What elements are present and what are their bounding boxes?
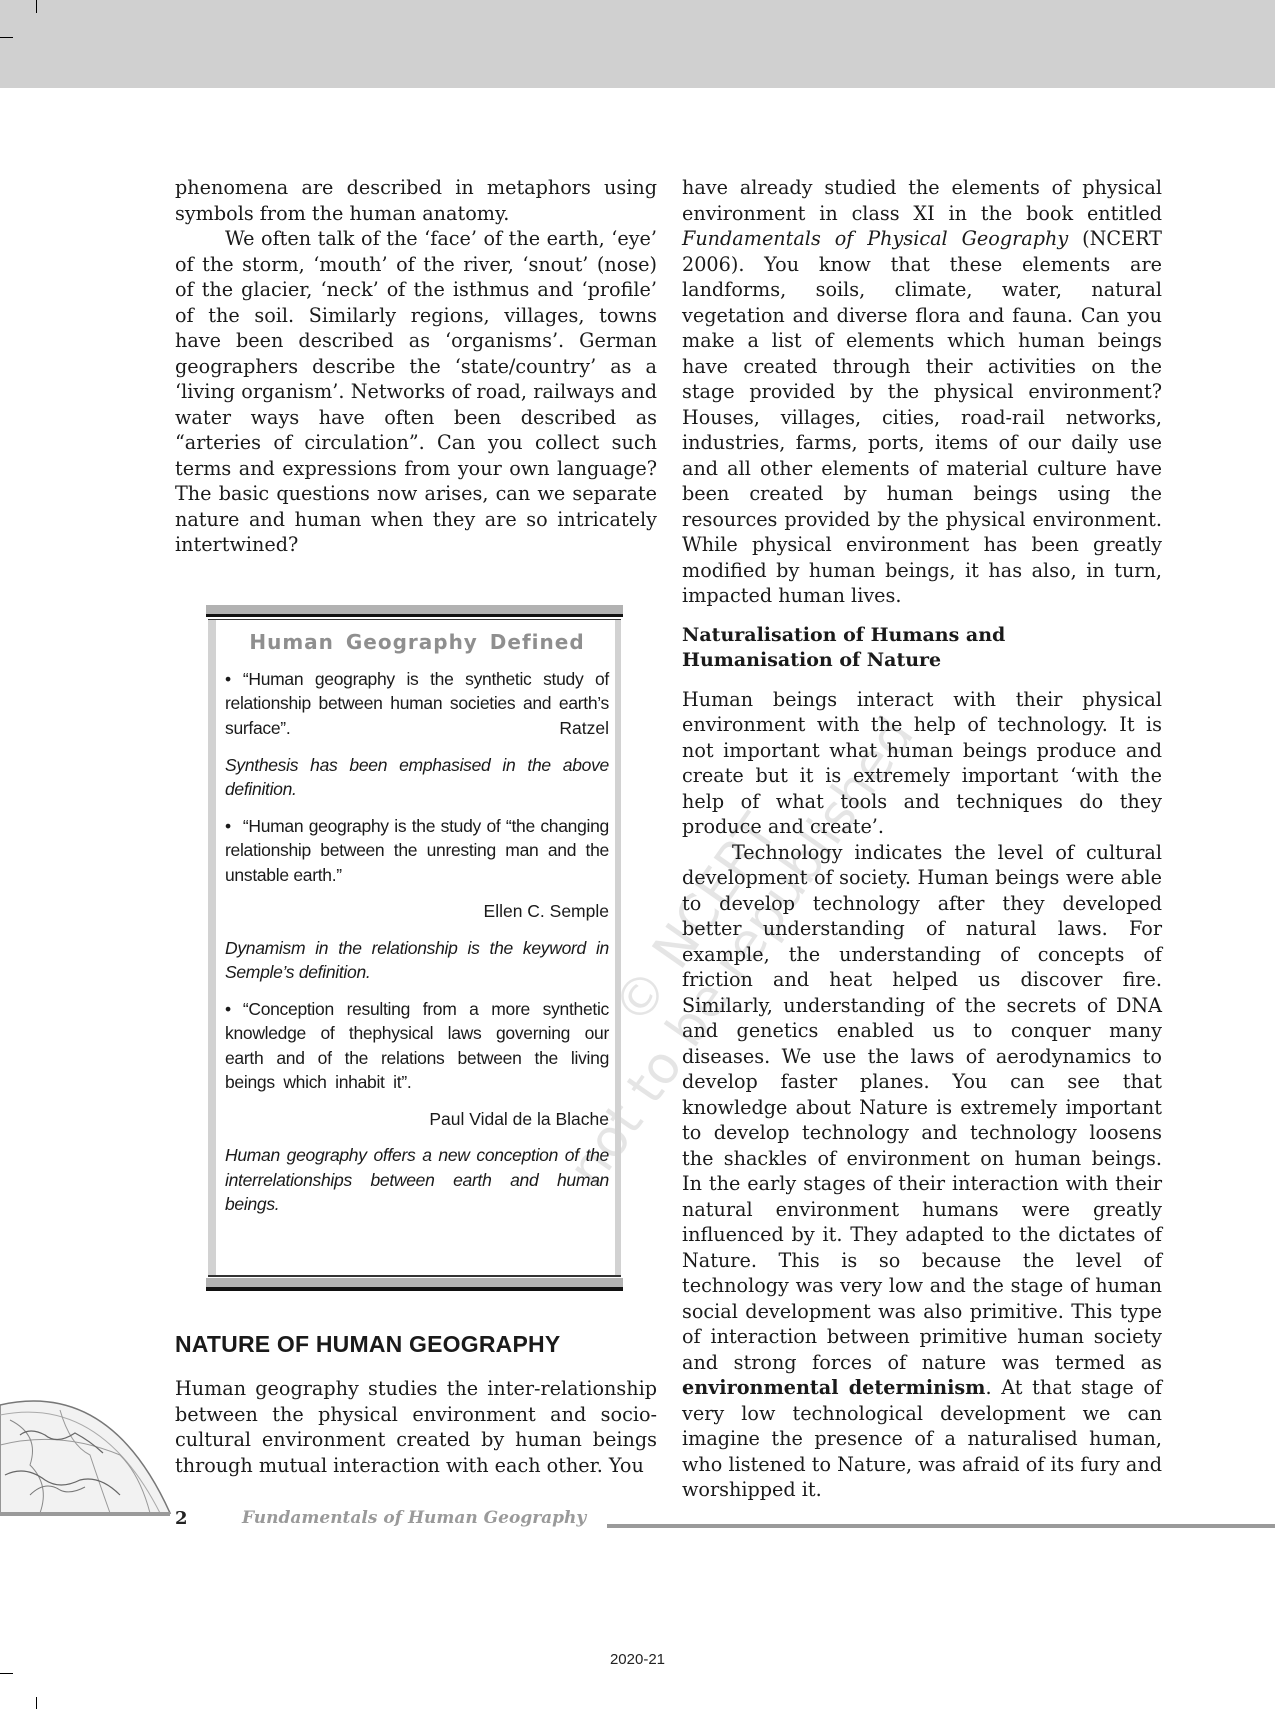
definition-quote-blache: •“Conception resulting from a more synth… bbox=[225, 997, 609, 1095]
left-para-1: phenomena are described in metaphors usi… bbox=[175, 175, 657, 226]
box-top-rule bbox=[206, 614, 623, 617]
crop-mark-bottom-vertical bbox=[36, 1697, 37, 1709]
footer-rule-left bbox=[0, 1512, 170, 1516]
box-top-thin-rule bbox=[208, 619, 621, 620]
right-para-2: Human beings interact with their physica… bbox=[682, 687, 1162, 840]
right-para-3: Technology indicates the level of cultur… bbox=[682, 840, 1162, 1503]
bullet-icon: • bbox=[225, 999, 231, 1019]
book-title: Fundamentals of Physical Geography bbox=[682, 227, 1068, 250]
box-bottom-rule bbox=[208, 1275, 621, 1277]
bullet-icon: • bbox=[225, 816, 231, 836]
box-bottom-band bbox=[206, 1278, 623, 1287]
definition-quote-semple: •“Human geography is the study of “the c… bbox=[225, 814, 609, 888]
box-top-band bbox=[206, 605, 623, 614]
box-right-border bbox=[615, 620, 621, 1275]
running-title: Fundamentals of Human Geography bbox=[242, 1508, 586, 1528]
subheading-naturalisation: Naturalisation of Humans and Humanisatio… bbox=[682, 623, 1162, 673]
page-number: 2 bbox=[175, 1508, 188, 1529]
edition-year: 2020-21 bbox=[0, 1651, 1275, 1668]
definition-author-semple: Ellen C. Semple bbox=[225, 899, 609, 924]
definition-note-ratzel: Synthesis has been emphasised in the abo… bbox=[225, 753, 609, 802]
crop-mark-bottom-horizontal bbox=[0, 1673, 13, 1674]
box-left-border bbox=[208, 620, 216, 1275]
nature-paragraph: Human geography studies the inter-relati… bbox=[175, 1376, 657, 1478]
bullet-icon: • bbox=[225, 669, 231, 689]
right-column: have already studied the elements of phy… bbox=[682, 175, 1162, 1503]
box-content: Human Geography Defined •“Human geograph… bbox=[225, 630, 609, 1229]
definition-author-blache: Paul Vidal de la Blache bbox=[225, 1107, 609, 1132]
definition-note-semple: Dynamism in the relationship is the keyw… bbox=[225, 936, 609, 985]
definition-note-blache: Human geography offers a new conception … bbox=[225, 1143, 609, 1217]
left-para-2: We often talk of the ‘face’ of the earth… bbox=[175, 226, 657, 558]
left-column: phenomena are described in metaphors usi… bbox=[175, 175, 657, 558]
box-bottom-thick-rule bbox=[206, 1287, 623, 1291]
right-para-1: have already studied the elements of phy… bbox=[682, 175, 1162, 609]
globe-illustration-icon bbox=[0, 1385, 175, 1515]
box-title: Human Geography Defined bbox=[225, 630, 609, 655]
term-environmental-determinism: environmental determinism bbox=[682, 1376, 986, 1399]
crop-mark-top-vertical bbox=[36, 0, 37, 13]
footer-rule-right bbox=[607, 1524, 1275, 1528]
crop-mark-top-horizontal bbox=[0, 37, 13, 38]
top-margin-band bbox=[0, 0, 1275, 88]
definition-box: Human Geography Defined •“Human geograph… bbox=[206, 605, 623, 1291]
section-heading-nature: NATURE OF HUMAN GEOGRAPHY bbox=[175, 1331, 560, 1358]
